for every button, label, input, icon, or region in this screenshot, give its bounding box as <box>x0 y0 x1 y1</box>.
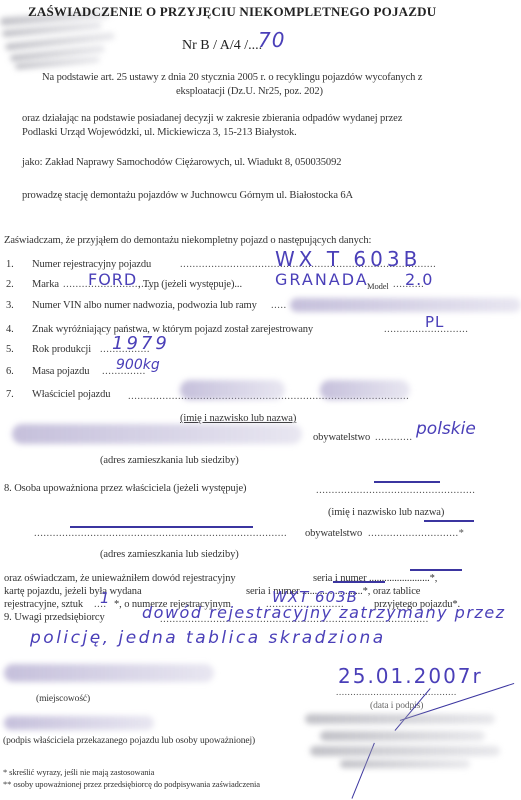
decision-line2: Podlaski Urząd Wojewódzki, ul. Mickiewic… <box>22 127 297 138</box>
field-6-number: 6. <box>6 366 14 377</box>
strike-line-1 <box>374 481 440 483</box>
declaration-line1-a: oraz oświadczam, że unieważniłem dowód r… <box>4 573 236 584</box>
authorized-address-dots: ........................................… <box>34 528 287 539</box>
field-5-value: 1979 <box>112 333 170 354</box>
authorized-address-caption: (adres zamieszkania lub siedziby) <box>100 549 239 560</box>
authorized-citizenship-label: obywatelstwo <box>305 528 362 539</box>
field-5-number: 5. <box>6 344 14 355</box>
field-4-label: Znak wyróżniający państwa, w którym poja… <box>32 324 313 335</box>
field-1-label: Numer rejestracyjny pojazdu <box>32 259 151 270</box>
document-number-value: 70 <box>258 28 285 52</box>
field-2-model-label: Model <box>367 281 389 291</box>
field-2-number: 2. <box>6 279 14 290</box>
owner-citizenship-dots: ............ <box>375 432 413 443</box>
footnote-2: ** osoby upoważnionej przez przedsiębior… <box>3 779 260 789</box>
authorized-dots: ........................................… <box>316 485 475 496</box>
declaration-line2-a: kartę pojazdu, jeżeli była wydana <box>4 586 142 597</box>
field-7-label: Właściciel pojazdu <box>32 389 110 400</box>
field-7-number: 7. <box>6 389 14 400</box>
field-5-label: Rok produkcji <box>32 344 91 355</box>
field-2-type-label: , Typ (jeżeli występuje)... <box>138 279 242 290</box>
legal-basis-line1: Na podstawie art. 25 ustawy z dnia 20 st… <box>42 72 422 83</box>
date-value: 25.01.2007r <box>338 664 483 688</box>
owner-citizenship-label: obywatelstwo <box>313 432 370 443</box>
field-2-model-value: 2.0 <box>405 270 433 289</box>
owner-signature-redacted <box>4 716 154 730</box>
station-line: prowadzę stację demontażu pojazdów w Juc… <box>22 190 353 201</box>
remarks-label: 9. Uwagi przedsiębiorcy <box>4 612 105 623</box>
company-line: jako: Zakład Naprawy Samochodów Ciężarow… <box>22 157 341 168</box>
field-2-value: FORD <box>88 270 137 289</box>
declaration-qty-value: 1 <box>100 589 111 607</box>
owner-name-caption: (imię i nazwisko lub nazwa) <box>180 413 296 424</box>
declaration-line3-a: rejestracyjne, sztuk <box>4 599 83 610</box>
document-number-label: Nr B / A/4 /.... <box>182 38 262 54</box>
place-caption: (miejscowość) <box>36 694 90 704</box>
legal-basis-line2: eksploatacji (Dz.U. Nr25, poz. 202) <box>176 86 323 97</box>
field-7-redacted-owner-b <box>320 380 410 400</box>
owner-signature-caption: (podpis właściciela przekazanego pojazdu… <box>3 736 255 746</box>
strike-line-4 <box>410 569 462 571</box>
field-2-type-value: GRANADA <box>275 270 369 289</box>
remarks-value-line1: dowód rejestracyjny zatrzymany przez <box>142 603 506 622</box>
certify-line: Zaświadczam, że przyjąłem do demontażu n… <box>4 235 371 246</box>
owner-redacted-address <box>12 424 302 444</box>
footnote-1: * skreślić wyrazy, jeśli nie mają zastos… <box>3 767 154 777</box>
field-6-value: 900kg <box>116 357 160 373</box>
decision-line1: oraz działając na podstawie posiadanej d… <box>22 113 402 124</box>
owner-address-caption: (adres zamieszkania lub siedziby) <box>100 455 239 466</box>
strike-line-2 <box>424 520 474 522</box>
date-dots: ........................................… <box>336 688 457 698</box>
field-3-dots: ..... <box>271 300 287 311</box>
field-4-number: 4. <box>6 324 14 335</box>
field-3-number: 3. <box>6 300 14 311</box>
field-3-label: Numer VIN albo numer nadwozia, podwozia … <box>32 300 257 311</box>
field-3-redacted-vin <box>290 298 521 312</box>
authorized-label: 8. Osoba upoważniona przez właściciela (… <box>4 483 246 494</box>
place-redacted <box>4 664 214 682</box>
field-1-number: 1. <box>6 259 14 270</box>
field-2-label: Marka <box>32 279 59 290</box>
owner-citizenship-value: polskie <box>416 419 476 439</box>
authorized-citizenship-dots: .............................* <box>368 528 464 539</box>
field-1-value: WX T 603B <box>275 247 421 271</box>
field-7-redacted-owner-a <box>180 380 285 400</box>
document-title: ZAŚWIADCZENIE O PRZYJĘCIU NIEKOMPLETNEGO… <box>28 4 436 20</box>
strike-line-5 <box>333 581 385 583</box>
field-6-label: Masa pojazdu <box>32 366 89 377</box>
field-4-value: PL <box>425 313 444 331</box>
remarks-value-line2: policję, jedna tablica skradziona <box>30 628 386 648</box>
authorized-name-caption: (imię i nazwisko lub nazwa) <box>328 507 444 518</box>
